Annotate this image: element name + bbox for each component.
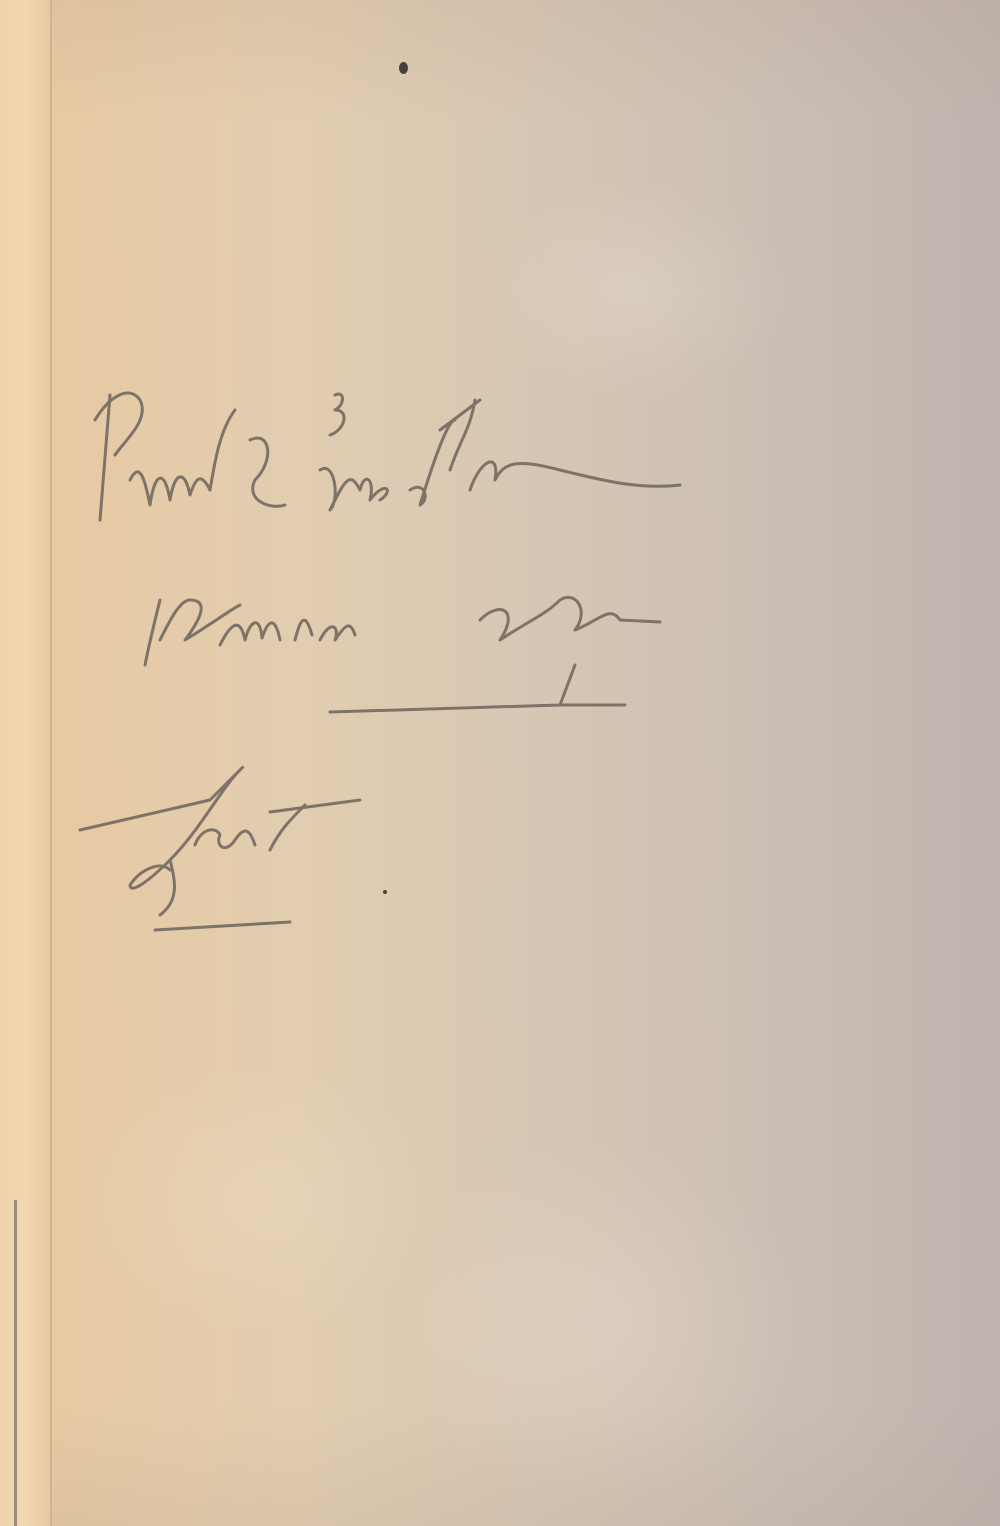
book-page: Presented with the kind regards of the a… (0, 0, 1000, 1526)
handwriting (0, 0, 1000, 1526)
